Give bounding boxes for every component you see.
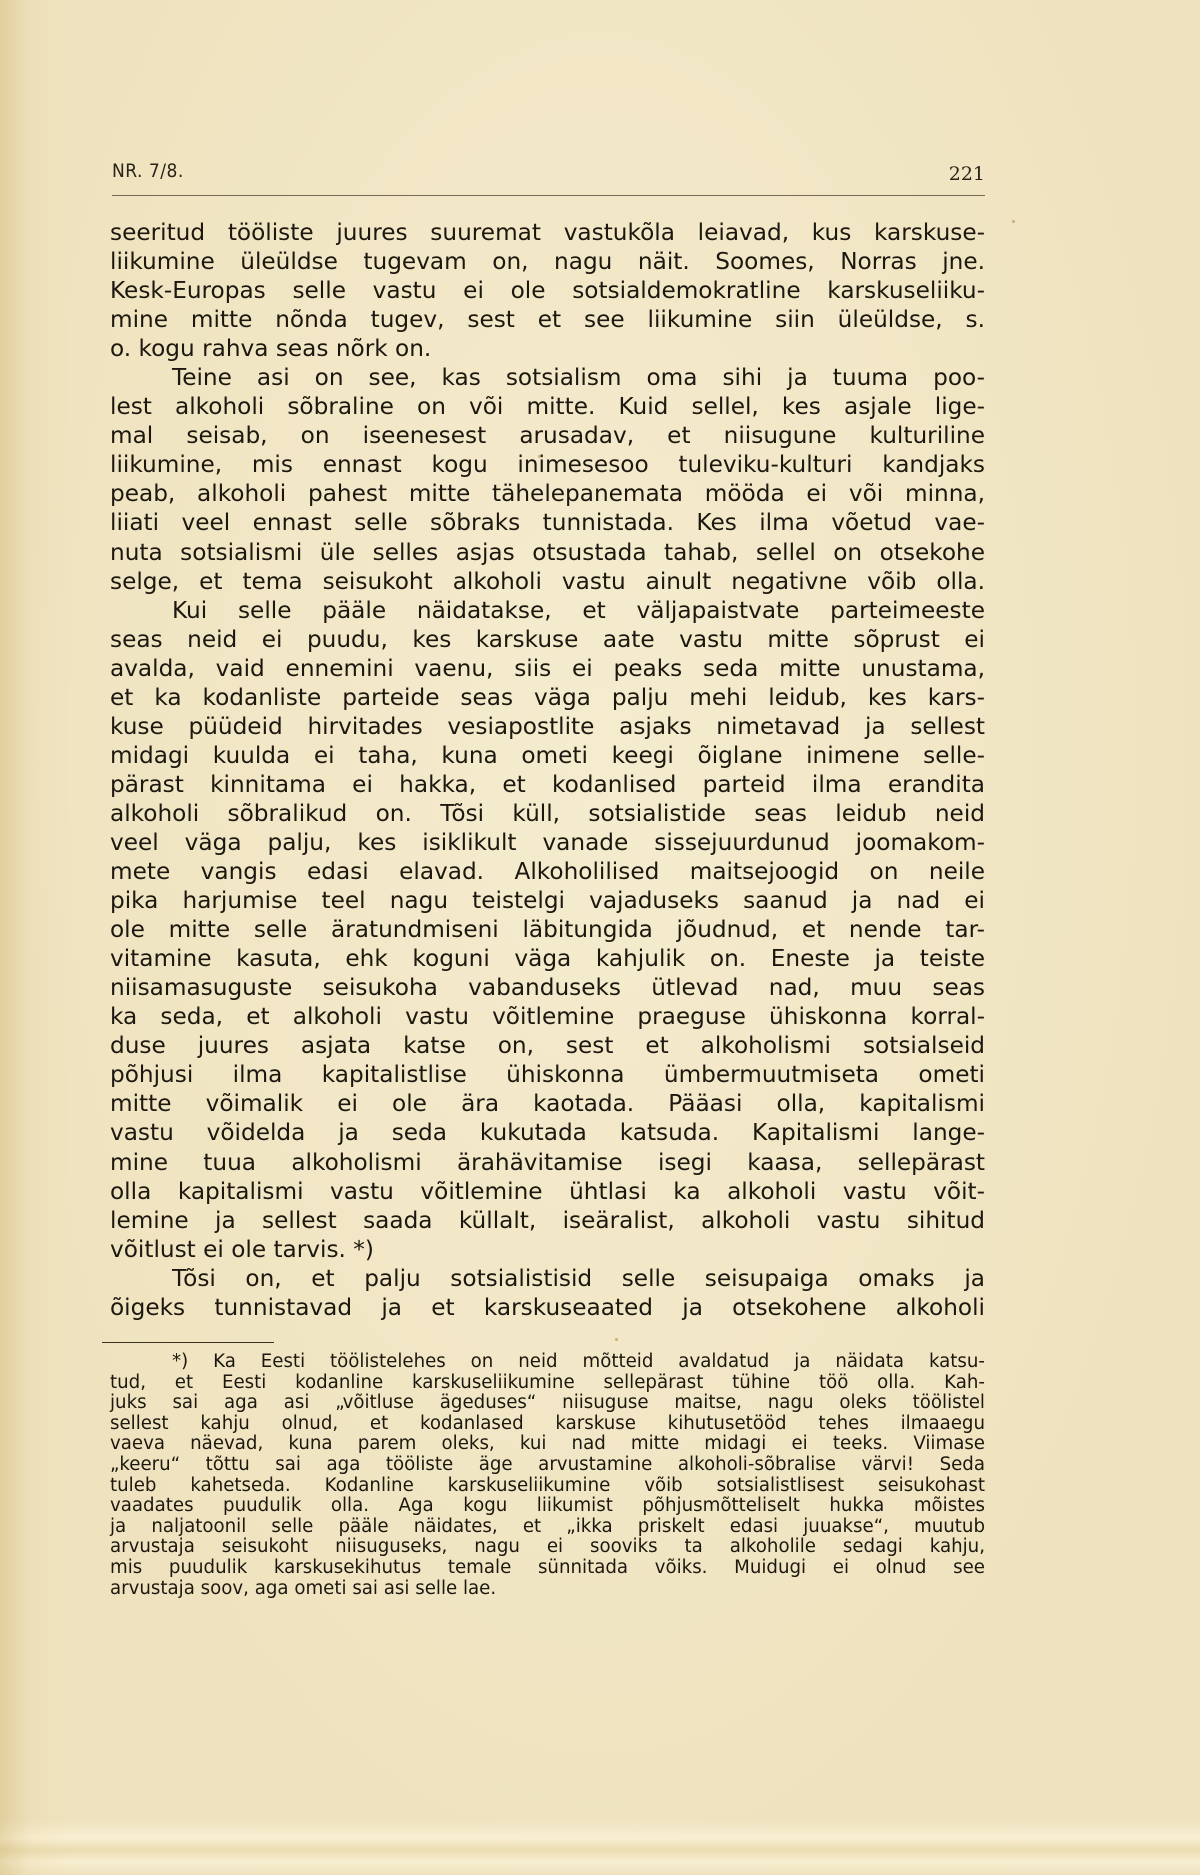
body-text-line: pärast kinnitama ei hakka, et kodanlised… bbox=[110, 770, 985, 799]
body-text-line: kuse püüdeid hirvitades vesiapostlite as… bbox=[110, 712, 985, 741]
body-text-line: Teine asi on see, kas sotsialism oma sih… bbox=[110, 363, 985, 392]
body-text-line: alkoholi sõbralikud on. Tõsi küll, sotsi… bbox=[110, 799, 985, 828]
body-text-line: nuta sotsialismi üle selles asjas otsust… bbox=[110, 538, 985, 567]
footnote-divider bbox=[102, 1342, 274, 1343]
body-text-line: lemine ja sellest saada küllalt, iseäral… bbox=[110, 1206, 985, 1235]
footnote-text-line: vaeva näevad, kuna parem oleks, kui nad … bbox=[110, 1434, 985, 1455]
body-text-line: mine tuua alkoholismi ärahävitamise iseg… bbox=[110, 1148, 985, 1177]
body-text-line: veel väga palju, kes isiklikult vanade s… bbox=[110, 828, 985, 857]
footnote-text-line: ja naljatoonil selle pääle näidates, et … bbox=[110, 1517, 985, 1538]
body-text-line: vitamine kasuta, ehk koguni väga kahjuli… bbox=[110, 944, 985, 973]
footnote-text-line: tud, et Eesti kodanline karskuseliikumin… bbox=[110, 1373, 985, 1394]
footnote-text-line: tuleb kahetseda. Kodanline karskuseliiku… bbox=[110, 1476, 985, 1497]
body-text-line: duse juures asjata katse on, sest et alk… bbox=[110, 1031, 985, 1060]
body-text-line: võitlust ei ole tarvis. *) bbox=[110, 1235, 985, 1264]
body-text-line: mete vangis edasi elavad. Alkoholilised … bbox=[110, 857, 985, 886]
body-text-line: liikumine, mis ennast kogu inimesesoo tu… bbox=[110, 450, 985, 479]
body-text-line: niisamasuguste seisukoha vabanduseks ütl… bbox=[110, 973, 985, 1002]
article-body: seeritud tööliste juures suuremat vastuk… bbox=[110, 218, 985, 1322]
footnote-text-line: „keeru“ tõttu sai aga tööliste äge arvus… bbox=[110, 1455, 985, 1476]
body-text-line: seeritud tööliste juures suuremat vastuk… bbox=[110, 218, 985, 247]
footnote-text-line: arvustaja soov, aga ometi sai asi selle … bbox=[110, 1579, 985, 1600]
paper-speck bbox=[1012, 220, 1015, 223]
body-text-line: avalda, vaid ennemini vaenu, siis ei pea… bbox=[110, 654, 985, 683]
footnote-text-line: mis puudulik karskusekihutus temale sünn… bbox=[110, 1558, 985, 1579]
body-text-line: Kui selle pääle näidatakse, et väljapais… bbox=[110, 596, 985, 625]
body-text-line: midagi kuulda ei taha, kuna ometi keegi … bbox=[110, 741, 985, 770]
body-text-line: o. kogu rahva seas nõrk on. bbox=[110, 334, 985, 363]
body-text-line: vastu võidelda ja seda kukutada katsuda.… bbox=[110, 1118, 985, 1147]
footnote-text-line: sellest kahju olnud, et kodanlased karsk… bbox=[110, 1414, 985, 1435]
footnote-text-line: vaadates puudulik olla. Aga kogu liikumi… bbox=[110, 1496, 985, 1517]
body-text-line: õigeks tunnistavad ja et karskuseaated j… bbox=[110, 1293, 985, 1322]
body-text-line: liikumine üleüldse tugevam on, nagu näit… bbox=[110, 247, 985, 276]
body-text-line: Tõsi on, et palju sotsialistisid selle s… bbox=[110, 1264, 985, 1293]
body-text-line: mitte võimalik ei ole ära kaotada. Pääas… bbox=[110, 1089, 985, 1118]
paper-speck bbox=[615, 1338, 618, 1341]
body-text-line: pika harjumise teel nagu teistelgi vajad… bbox=[110, 886, 985, 915]
body-text-line: lest alkoholi sõbraline on või mitte. Ku… bbox=[110, 392, 985, 421]
body-text-line: ka seda, et alkoholi vastu võitlemine pr… bbox=[110, 1002, 985, 1031]
body-text-line: Kesk-Europas selle vastu ei ole sotsiald… bbox=[110, 276, 985, 305]
header-divider bbox=[112, 195, 985, 196]
footnote-text-line: juks sai aga asi „võitluse ägeduses“ nii… bbox=[110, 1393, 985, 1414]
paper-speck bbox=[538, 455, 541, 458]
body-text-line: peab, alkoholi pahest mitte tähelepanema… bbox=[110, 479, 985, 508]
body-text-line: põhjusi ilma kapitalistlise ühiskonna üm… bbox=[110, 1060, 985, 1089]
issue-number: NR. 7/8. bbox=[112, 160, 184, 182]
body-text-line: olla kapitalismi vastu võitlemine ühtlas… bbox=[110, 1177, 985, 1206]
body-text-line: mine mitte nõnda tugev, sest et see liik… bbox=[110, 305, 985, 334]
body-text-line: et ka kodanliste parteide seas väga palj… bbox=[110, 683, 985, 712]
body-text-line: selge, et tema seisukoht alkoholi vastu … bbox=[110, 567, 985, 596]
page-header: NR. 7/8. 221 bbox=[112, 160, 985, 190]
body-text-line: ole mitte selle äratundmiseni läbitungid… bbox=[110, 915, 985, 944]
body-text-line: mal seisab, on iseenesest arusadav, et n… bbox=[110, 421, 985, 450]
footnote-text-line: *) Ka Eesti töölistelehes on neid mõttei… bbox=[110, 1352, 985, 1373]
body-text-line: liiati veel ennast selle sõbraks tunnist… bbox=[110, 508, 985, 537]
page-number: 221 bbox=[949, 163, 985, 185]
body-text-line: seas neid ei puudu, kes karskuse aate va… bbox=[110, 625, 985, 654]
footnote-text-line: arvustaja seisukoht niisuguseks, nagu ei… bbox=[110, 1537, 985, 1558]
footnote: *) Ka Eesti töölistelehes on neid mõttei… bbox=[110, 1352, 985, 1599]
